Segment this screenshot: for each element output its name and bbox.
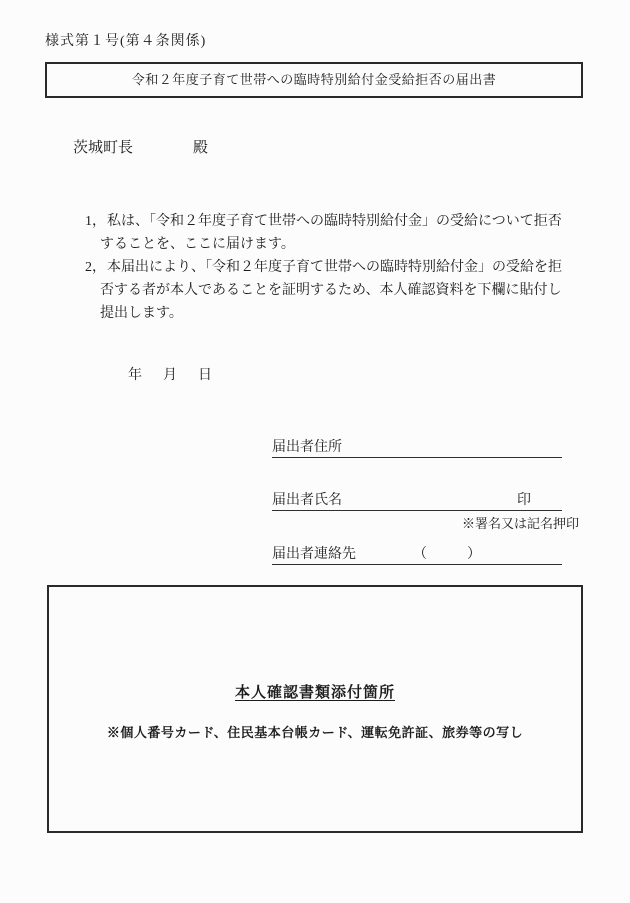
paren-close-mark: ） bbox=[467, 546, 481, 564]
field-address: 届出者住所 bbox=[272, 439, 562, 458]
title-box: 令和２年度子育て世帯への臨時特別給付金受給拒否の届出書 bbox=[45, 62, 583, 98]
field-name-label: 届出者氏名 bbox=[272, 493, 342, 508]
addressee-line: 茨城町長 殿 bbox=[73, 136, 208, 157]
date-day-label: 日 bbox=[198, 364, 212, 384]
attachment-box-title: 本人確認書類添付箇所 bbox=[49, 681, 581, 702]
item-text-line: 提出します。 bbox=[100, 302, 571, 325]
item-text-line: 私は、「令和２年度子育て世帯への臨時特別給付金」の受給について拒否 bbox=[100, 210, 571, 233]
field-contact-label: 届出者連絡先 bbox=[272, 547, 356, 562]
item-text: 私は、「令和２年度子育て世帯への臨時特別給付金」の受給について拒否 することを、… bbox=[100, 210, 571, 256]
addressee-honorific: 殿 bbox=[193, 136, 208, 157]
date-month-label: 月 bbox=[163, 364, 177, 384]
statement-list: 1， 私は、「令和２年度子育て世帯への臨時特別給付金」の受給について拒否 するこ… bbox=[85, 210, 571, 325]
seal-mark: 印 bbox=[517, 492, 531, 510]
statement-item-2: 2， 本届出により、「令和２年度子育て世帯への臨時特別給付金」の受給を拒 否する… bbox=[85, 256, 571, 325]
seal-note: ※署名又は記名押印 bbox=[462, 513, 579, 532]
date-line: 年 月 日 bbox=[128, 364, 212, 384]
date-year-label: 年 bbox=[128, 364, 142, 384]
document-page: 様式第１号(第４条関係) 令和２年度子育て世帯への臨時特別給付金受給拒否の届出書… bbox=[0, 0, 630, 903]
addressee-name: 茨城町長 bbox=[73, 136, 133, 157]
attachment-box: 本人確認書類添付箇所 ※個人番号カード、住民基本台帳カード、運転免許証、旅券等の… bbox=[47, 585, 583, 833]
item-text: 本届出により、「令和２年度子育て世帯への臨時特別給付金」の受給を拒 否する者が本… bbox=[100, 256, 571, 325]
form-number: 様式第１号(第４条関係) bbox=[45, 30, 206, 50]
field-contact: 届出者連絡先 （ ） bbox=[272, 546, 562, 565]
attachment-box-note: ※個人番号カード、住民基本台帳カード、運転免許証、旅券等の写し bbox=[49, 722, 581, 741]
item-text-line: 本届出により、「令和２年度子育て世帯への臨時特別給付金」の受給を拒 bbox=[100, 256, 571, 279]
document-title: 令和２年度子育て世帯への臨時特別給付金受給拒否の届出書 bbox=[132, 72, 497, 87]
paren-open-mark: （ bbox=[413, 546, 427, 564]
item-number: 1， bbox=[85, 210, 106, 233]
statement-item-1: 1， 私は、「令和２年度子育て世帯への臨時特別給付金」の受給について拒否 するこ… bbox=[85, 210, 571, 256]
item-text-line: 否する者が本人であることを証明するため、本人確認資料を下欄に貼付し bbox=[100, 279, 571, 302]
field-address-label: 届出者住所 bbox=[272, 440, 342, 455]
item-text-line: することを、ここに届けます。 bbox=[100, 233, 571, 256]
item-number: 2， bbox=[85, 256, 106, 279]
field-name: 届出者氏名 印 bbox=[272, 492, 562, 511]
